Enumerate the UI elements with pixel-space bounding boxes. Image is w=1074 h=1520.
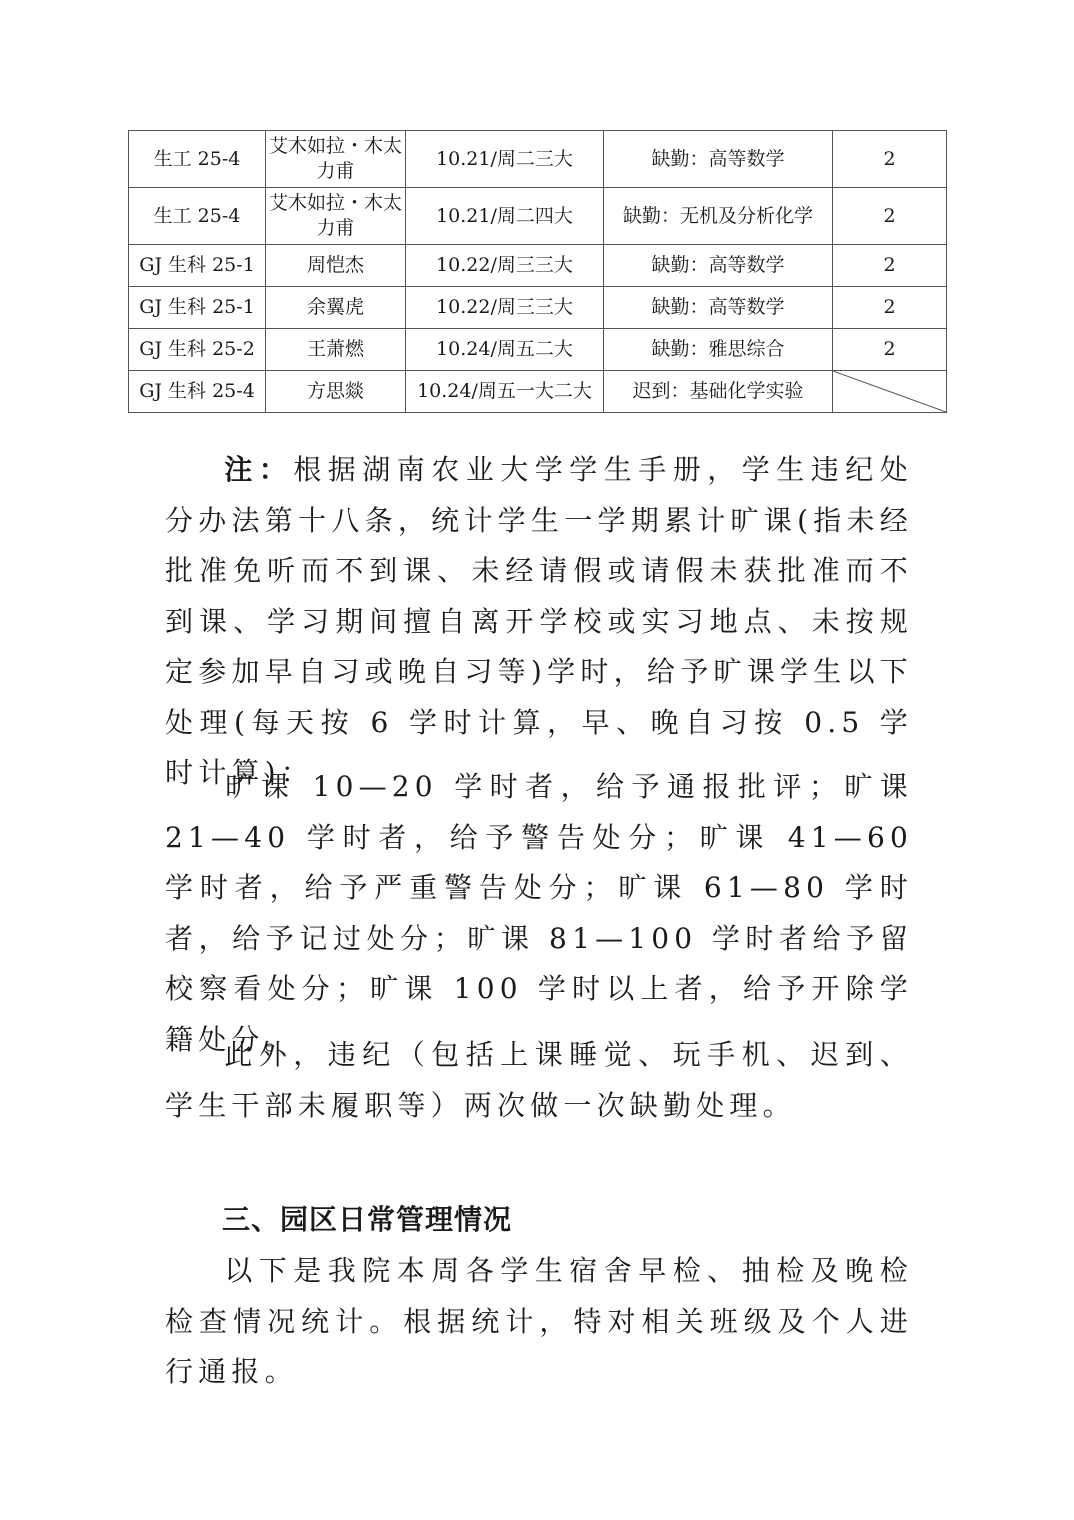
cell-hours-diagonal <box>833 371 947 413</box>
section-heading: 三、园区日常管理情况 <box>222 1197 512 1243</box>
cell-reason: 缺勤：雅思综合 <box>604 329 833 371</box>
document-page: 生工 25-4 艾木如拉・木太力甫 10.21/周二三大 缺勤：高等数学 2 生… <box>0 0 1074 1520</box>
cell-class: 生工 25-4 <box>129 131 266 188</box>
cell-name: 艾木如拉・木太力甫 <box>266 188 406 245</box>
cell-hours: 2 <box>833 131 947 188</box>
note-label: 注： <box>223 453 293 486</box>
cell-reason: 缺勤：高等数学 <box>604 245 833 287</box>
table-row: GJ 生科 25-1 周恺杰 10.22/周三三大 缺勤：高等数学 2 <box>129 245 947 287</box>
cell-class: 生工 25-4 <box>129 188 266 245</box>
table-row: GJ 生科 25-4 方思燚 10.24/周五一大二大 迟到：基础化学实验 <box>129 371 947 413</box>
cell-hours: 2 <box>833 188 947 245</box>
table-row: 生工 25-4 艾木如拉・木太力甫 10.21/周二三大 缺勤：高等数学 2 <box>129 131 947 188</box>
cell-name: 余翼虎 <box>266 287 406 329</box>
diagonal-slash-icon <box>833 371 946 412</box>
table-row: GJ 生科 25-1 余翼虎 10.22/周三三大 缺勤：高等数学 2 <box>129 287 947 329</box>
cell-reason: 缺勤：高等数学 <box>604 131 833 188</box>
attendance-violation-table: 生工 25-4 艾木如拉・木太力甫 10.21/周二三大 缺勤：高等数学 2 生… <box>128 130 947 413</box>
cell-class: GJ 生科 25-4 <box>129 371 266 413</box>
cell-reason: 迟到：基础化学实验 <box>604 371 833 413</box>
cell-name: 艾木如拉・木太力甫 <box>266 131 406 188</box>
cell-class: GJ 生科 25-2 <box>129 329 266 371</box>
additional-paragraph: 此外，违纪（包括上课睡觉、玩手机、迟到、学生干部未履职等）两次做一次缺勤处理。 <box>165 1030 913 1131</box>
cell-reason: 缺勤：高等数学 <box>604 287 833 329</box>
cell-time: 10.22/周三三大 <box>406 287 604 329</box>
section-body-text: 以下是我院本周各学生宿舍早检、抽检及晚检检查情况统计。根据统计，特对相关班级及个… <box>165 1254 913 1388</box>
note-text: 根据湖南农业大学学生手册，学生违纪处分办法第十八条，统计学生一学期累计旷课(指未… <box>165 453 913 789</box>
cell-name: 周恺杰 <box>266 245 406 287</box>
additional-text: 此外，违纪（包括上课睡觉、玩手机、迟到、学生干部未履职等）两次做一次缺勤处理。 <box>165 1038 913 1122</box>
cell-time: 10.24/周五二大 <box>406 329 604 371</box>
note-paragraph: 注：根据湖南农业大学学生手册，学生违纪处分办法第十八条，统计学生一学期累计旷课(… <box>165 445 913 799</box>
cell-hours: 2 <box>833 287 947 329</box>
cell-class: GJ 生科 25-1 <box>129 287 266 329</box>
penalties-paragraph: 旷课 10—20 学时者，给予通报批评；旷课 21—40 学时者，给予警告处分；… <box>165 762 913 1065</box>
cell-time: 10.21/周二三大 <box>406 131 604 188</box>
penalties-text: 旷课 10—20 学时者，给予通报批评；旷课 21—40 学时者，给予警告处分；… <box>165 770 913 1056</box>
cell-name: 方思燚 <box>266 371 406 413</box>
table-row: 生工 25-4 艾木如拉・木太力甫 10.21/周二四大 缺勤：无机及分析化学 … <box>129 188 947 245</box>
cell-time: 10.22/周三三大 <box>406 245 604 287</box>
cell-reason: 缺勤：无机及分析化学 <box>604 188 833 245</box>
section-body-paragraph: 以下是我院本周各学生宿舍早检、抽检及晚检检查情况统计。根据统计，特对相关班级及个… <box>165 1246 913 1398</box>
cell-name: 王萧燃 <box>266 329 406 371</box>
cell-hours: 2 <box>833 245 947 287</box>
cell-time: 10.24/周五一大二大 <box>406 371 604 413</box>
cell-hours: 2 <box>833 329 947 371</box>
table-row: GJ 生科 25-2 王萧燃 10.24/周五二大 缺勤：雅思综合 2 <box>129 329 947 371</box>
cell-class: GJ 生科 25-1 <box>129 245 266 287</box>
cell-time: 10.21/周二四大 <box>406 188 604 245</box>
